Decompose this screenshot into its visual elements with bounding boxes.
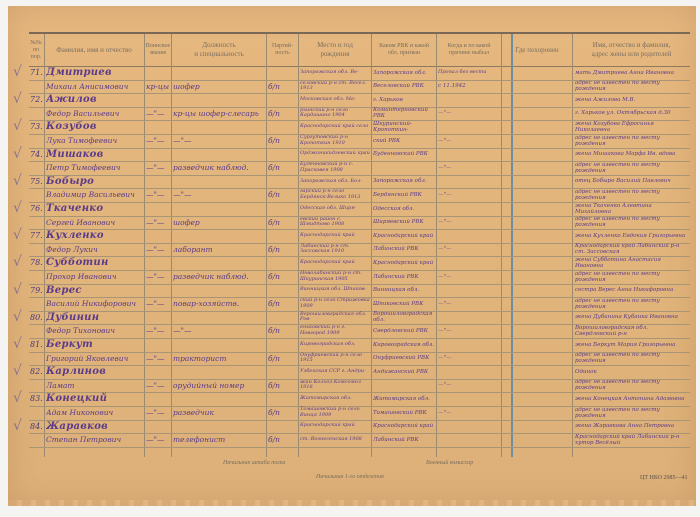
entry-rank: —"— <box>146 406 170 419</box>
entry-birthplace-line2: Буденновский р-н с. Прасковея 1908 <box>300 161 370 174</box>
checkmark-icon: √ <box>13 91 22 107</box>
entry-surname: Мишаков <box>46 148 143 161</box>
entry-when-why-line1 <box>438 365 500 378</box>
entry-surname: Карлинов <box>46 365 143 378</box>
entry-position: шофер <box>173 80 265 93</box>
checkmark-icon: √ <box>13 282 22 298</box>
paper-edge <box>8 500 696 506</box>
header-number: №№ по пор. <box>29 36 43 64</box>
entry-when-why-line2: —"— <box>438 188 500 201</box>
entry-number: 74. <box>30 148 44 161</box>
entry-rvk-line2: Томашовский РВК <box>373 406 435 419</box>
entry-surname: Ажилов <box>46 93 143 106</box>
entry-position: —"— <box>173 324 265 337</box>
header-full-name: Фамилия, имя и отчество <box>44 36 144 64</box>
entry-surname: Дмитриев <box>46 66 143 79</box>
checkmark-icon: √ <box>13 336 22 352</box>
entry-relative-line1: жена Конецкая Антонина Адамовна <box>575 392 689 405</box>
entry-when-why-line2: —"— <box>438 297 500 310</box>
checkmark-icon: √ <box>13 173 22 189</box>
entry-relative-line1: отец Бобыро Василий Павлович <box>575 175 689 188</box>
entry-rvk-line2 <box>373 161 435 174</box>
entry-when-why-line1 <box>438 284 500 297</box>
header-position: Должность и специальность <box>172 36 266 64</box>
entry-birthplace-line1: Запорожская обл. Ве- <box>300 66 370 79</box>
entry-relative-line2: адрес не известен по месту рождения <box>575 297 689 310</box>
checkmark-icon: √ <box>13 309 22 325</box>
entry-given-name: Ламат <box>46 379 143 392</box>
entry-surname: Козубов <box>46 120 143 133</box>
entry-birthplace-line1: Одесская обл. Ширя- <box>300 202 370 215</box>
entry-relative-line1: жена Ткаченко Алевтина Михайловна <box>575 202 689 215</box>
entry-relative-line2: адрес не известен по месту рождения <box>575 188 689 201</box>
entry-party: б/п <box>268 107 297 120</box>
entry-when-why-line1 <box>438 229 500 242</box>
entry-given-name: Степан Петрович <box>46 433 143 446</box>
entry-position: повар-хозяйств. <box>173 297 265 310</box>
entry-relative-line1: сестра Верес Анна Никифоровна <box>575 284 689 297</box>
entry-given-name: Михаил Анисимович <box>46 80 143 93</box>
entry-birthplace-line1: Краснодарский край <box>300 256 370 269</box>
entry-relative-line1: жена Мишакова Марфа Ив. вдова <box>575 148 689 161</box>
header-rvk: Каким РВК и какой обл. призван <box>372 36 436 64</box>
entry-rank: —"— <box>146 243 170 256</box>
entry-surname: Жаравков <box>46 420 143 433</box>
entry-number: 80. <box>30 311 44 324</box>
entry-when-why-line2: —"— <box>438 352 500 365</box>
entry-party: б/п <box>268 406 297 419</box>
entry-relative-line2: адрес не известен по месту рождения <box>575 270 689 283</box>
entry-number: 77. <box>30 229 44 242</box>
entry-when-why-line2: —"— <box>438 324 500 337</box>
entry-rvk-line1: Винницкая обл. <box>373 284 435 297</box>
entry-rvk-line1: Шкуринский-Кропоткин- <box>373 120 435 133</box>
entry-rvk-line2: Лабинский РВК <box>373 243 435 256</box>
entry-given-name: Прохор Иванович <box>46 270 143 283</box>
entry-rvk-line2: Коминтерновский РВК <box>373 107 435 120</box>
entry-position: тракторист <box>173 352 265 365</box>
entry-rvk-line1: Ворошиловградская обл. <box>373 311 435 324</box>
entry-relative-line2: Ворошиловградская обл. Свердловский р-н <box>575 324 689 337</box>
entry-given-name: Федор Васильевич <box>46 107 143 120</box>
entry-birthplace-line1: Узбекская ССР г. Андри- <box>300 365 370 378</box>
header-rank: Воинское звание <box>145 36 171 64</box>
entry-relative-line1: жена Беркут Мария Григорьевна <box>575 338 689 351</box>
entry-rvk-line1: Краснодарский край <box>373 420 435 433</box>
header-when-why: Когда и по какой причине выбыл <box>437 36 501 64</box>
entry-rvk-line2: Лабинский РВК <box>373 433 435 446</box>
entry-party: б/п <box>268 352 297 365</box>
entry-given-name: Лука Тимофеевич <box>46 134 143 147</box>
entry-party: б/п <box>268 433 297 446</box>
entry-relative-line1: жена Кухленко Евдокия Григорьевна <box>575 229 689 242</box>
checkmark-icon: √ <box>13 146 22 162</box>
document-sheet: №№ по пор. Фамилия, имя и отчество Воинс… <box>8 6 696 506</box>
entry-number: 73. <box>30 120 44 133</box>
entry-rvk-line2: Ширяевский РВК <box>373 216 435 229</box>
entry-when-why-line1 <box>438 420 500 433</box>
entry-relative-line2: г. Харьков ул. Октябрьская д.30 <box>575 107 689 120</box>
entry-rvk-line1: Запорожская обл. <box>373 66 435 79</box>
entry-position: —"— <box>173 134 265 147</box>
entry-rank: —"— <box>146 107 170 120</box>
entry-birthplace-line2: евский район с. Шмидтово 1908 <box>300 216 370 229</box>
entry-when-why-line2: —"— <box>438 134 500 147</box>
entry-surname: Субботин <box>46 256 143 269</box>
entry-when-why-line2: —"— <box>438 379 500 392</box>
entry-birthplace-line2: селовский р-н ст. Весел. 1913 <box>300 80 370 93</box>
checkmark-icon: √ <box>13 363 22 379</box>
entry-rank: —"— <box>146 134 170 147</box>
head-of-department-label: Начальник 1-го отделения <box>316 474 384 480</box>
entry-rvk-line1: Запорожская обл. <box>373 175 435 188</box>
entry-position: разведчик наблюд. <box>173 270 265 283</box>
entry-relative-line2: адрес не известен по месту рождения <box>575 379 689 392</box>
entry-birthplace-line1: Орджоникидзевский край <box>300 148 370 161</box>
checkmark-icon: √ <box>13 254 22 270</box>
entry-when-why-line1 <box>438 392 500 405</box>
form-code: ЦТ НКО 2985—41 <box>640 475 688 481</box>
entry-rank: —"— <box>146 161 170 174</box>
entry-number: 78. <box>30 256 44 269</box>
entry-party: б/п <box>268 134 297 147</box>
entry-when-why-line1 <box>438 256 500 269</box>
table-header: №№ по пор. Фамилия, имя и отчество Воинс… <box>29 34 690 67</box>
entry-birthplace-line2: Новолабинский р-н ст. Шкуринская 1905 <box>300 270 370 283</box>
entry-birthplace-line1: Краснодарский край село <box>300 120 370 133</box>
checkmark-icon: √ <box>13 390 22 406</box>
entry-given-name: Федор Лукич <box>46 243 143 256</box>
entry-relative-line2: адрес не известен по месту рождения <box>575 406 689 419</box>
entry-given-name: Григорий Яковлевич <box>46 352 143 365</box>
entry-surname: Верес <box>46 284 143 297</box>
entry-relative-line1: жена Дубинина Кубанка Ивановна <box>575 311 689 324</box>
entry-surname: Беркут <box>46 338 143 351</box>
entry-when-why-line2: —"— <box>438 270 500 283</box>
entry-birthplace-line1: Запорожская обл. Бол- <box>300 175 370 188</box>
entry-when-why-line1 <box>438 338 500 351</box>
entry-number: 79. <box>30 284 44 297</box>
entry-birthplace-line1: Краснодарский край <box>300 229 370 242</box>
entry-when-why-line2: —"— <box>438 406 500 419</box>
entry-birthplace-line2: Онуфриевский р-н село 1915 <box>300 352 370 365</box>
entry-rvk-line1: Одесская обл. <box>373 202 435 215</box>
entry-relative-line2: адрес не известен по месту рождения <box>575 216 689 229</box>
entry-position: разведчик наблюд. <box>173 161 265 174</box>
entry-when-why-line1 <box>438 175 500 188</box>
entry-number: 75. <box>30 175 44 188</box>
entry-birthplace-line2: Лабинский р-н ст. Зассовская 1910 <box>300 243 370 256</box>
entry-number: 81. <box>30 338 44 351</box>
entry-relative-line2: адрес не известен по месту рождения <box>575 352 689 365</box>
entry-rvk-line2: Лабинский РВК <box>373 270 435 283</box>
entry-birthplace-line2: еньковский р-н г. Новгород 1909 <box>300 324 370 337</box>
entry-birthplace-line2: ст. Вознесенская 1908 <box>300 433 370 446</box>
header-party: Партий- ность <box>267 36 298 64</box>
entry-rvk-line1: Буденновский РВК <box>373 148 435 161</box>
entry-party: б/п <box>268 188 297 201</box>
chief-of-staff-label: Начальник штаба полка <box>223 460 285 466</box>
entry-party: б/п <box>268 324 297 337</box>
entry-number: 82. <box>30 365 44 378</box>
entry-rank: —"— <box>146 297 170 310</box>
entry-when-why-line2: —"— <box>438 243 500 256</box>
entry-surname: Кухленко <box>46 229 143 242</box>
entry-when-why-line1: Пропал без вести <box>438 66 500 79</box>
entry-rank: —"— <box>146 324 170 337</box>
entry-number: 72. <box>30 93 44 106</box>
entry-position: разведчик <box>173 406 265 419</box>
entry-birthplace-line1: Винницкая обл. Шпиков- <box>300 284 370 297</box>
entry-when-why-line2 <box>438 433 500 446</box>
entry-surname: Ткаченко <box>46 202 143 215</box>
entry-surname: Конецкий <box>46 392 143 405</box>
header-relatives: Имя, отчество и фамилия, адрес жены или … <box>573 36 690 64</box>
entry-surname: Бобыро <box>46 175 143 188</box>
entry-surname: Дубинин <box>46 311 143 324</box>
entry-party: б/п <box>268 379 297 392</box>
checkmark-icon: √ <box>13 227 22 243</box>
entry-rank: —"— <box>146 433 170 446</box>
checkmark-icon: √ <box>13 200 22 216</box>
entry-party: б/п <box>268 297 297 310</box>
entry-rvk-line1: Краснодарский край <box>373 229 435 242</box>
entry-rvk-line1: Краснодарский край <box>373 256 435 269</box>
entry-rvk-line2: Веселовский РВК <box>373 80 435 93</box>
entry-birthplace-line1: Ворошиловградская обл. Ров- <box>300 311 370 324</box>
entry-birthplace-line2: рьинский р-н село Кардашино 1904 <box>300 107 370 120</box>
entry-when-why-line1 <box>438 202 500 215</box>
entry-given-name: Владимир Васильевич <box>46 188 143 201</box>
entry-when-why-line1 <box>438 311 500 324</box>
entry-rank: —"— <box>146 216 170 229</box>
entry-rank: —"— <box>146 379 170 392</box>
entry-position: кр-цы шофер-слесарь <box>173 107 265 120</box>
entry-given-name: Федор Тихонович <box>46 324 143 337</box>
entry-when-why-line2: —"— <box>438 216 500 229</box>
entry-party: б/п <box>268 216 297 229</box>
entry-birthplace-line2: Томашовский р-н село Винця 1909 <box>300 406 370 419</box>
entry-rvk-line2: Онуфриевский РВК <box>373 352 435 365</box>
entry-given-name: Василий Никифорович <box>46 297 143 310</box>
entry-when-why-line1 <box>438 93 500 106</box>
entry-relative-line1: жена Жаравкова Анна Петровна <box>575 420 689 433</box>
entry-birthplace-line2: гарский р-н село Бердянск-Велико 1913 <box>300 188 370 201</box>
entry-birthplace-line1: Московская обл. Ма- <box>300 93 370 106</box>
entry-party: б/п <box>268 161 297 174</box>
entry-relative-line1: Одинок <box>575 365 689 378</box>
checkmark-icon: √ <box>13 64 22 80</box>
entry-position: орудийный номер <box>173 379 265 392</box>
entry-rvk-line1: г. Харьков <box>373 93 435 106</box>
entry-party: б/п <box>268 270 297 283</box>
entry-rvk-line2: ский РВК <box>373 134 435 147</box>
checkmark-icon: √ <box>13 118 22 134</box>
entry-given-name: Адам Никонович <box>46 406 143 419</box>
entry-number: 76. <box>30 202 44 215</box>
entry-relative-line2: адрес не известен по месту рождения <box>575 161 689 174</box>
entry-when-why-line2: —"— <box>438 107 500 120</box>
header-birthplace: Место и год рождения <box>299 36 371 64</box>
roster-table: №№ по пор. Фамилия, имя и отчество Воинс… <box>29 32 690 457</box>
entry-rvk-line2: Бердянский РВК <box>373 188 435 201</box>
entry-party: б/п <box>268 243 297 256</box>
entry-position: —"— <box>173 188 265 201</box>
entry-position: шофер <box>173 216 265 229</box>
entry-birthplace-line1: Краснодарский край <box>300 420 370 433</box>
entry-number: 83. <box>30 392 44 405</box>
entry-relative-line1: жена Ажилова М.В. <box>575 93 689 106</box>
entry-position: лаборант <box>173 243 265 256</box>
entry-relative-line2: адрес не известен по месту рождения <box>575 80 689 93</box>
entry-relative-line2: Краснодарский край Лабинский р-н ст. Зас… <box>575 243 689 256</box>
entry-position: телефонист <box>173 433 265 446</box>
entry-birthplace-line2: ский р-н село Стрижовка 1909 <box>300 297 370 310</box>
entry-birthplace-line1: Житомирская обл. <box>300 392 370 405</box>
entry-when-why-line2: с 11.1942 <box>438 80 500 93</box>
entry-rvk-line1: Житомирская обл. <box>373 392 435 405</box>
entry-relative-line2: Краснодарский край Лабинский р-н хутор В… <box>575 433 689 446</box>
entry-birthplace-line2: жан Колхоз Комсомол 1916 <box>300 379 370 392</box>
entry-relative-line1: жена Субботина Анастасия Ивановна <box>575 256 689 269</box>
entry-number: 71. <box>30 66 44 79</box>
entry-when-why-line1 <box>438 120 500 133</box>
entry-when-why-line2: —"— <box>438 161 500 174</box>
entry-relative-line2: адрес не известен по месту рождения <box>575 134 689 147</box>
entry-rvk-line2: Шпиковский РВК <box>373 297 435 310</box>
entry-given-name: Сергей Иванович <box>46 216 143 229</box>
entry-rvk-line2 <box>373 379 435 392</box>
checkmark-icon: √ <box>13 418 22 434</box>
entry-rank: кр-цы <box>146 80 170 93</box>
entry-rvk-line1: Андижанский РВК <box>373 365 435 378</box>
entry-rvk-line2: Свердловский РВК <box>373 324 435 337</box>
entry-birthplace-line1: Кировоградская обл. <box>300 338 370 351</box>
entry-given-name: Петр Тимофеевич <box>46 161 143 174</box>
entry-relative-line1: жена Козубова Ефросинья Николаевна <box>575 120 689 133</box>
entry-birthplace-line2: Сургутовский р-н Кропоткин 1910 <box>300 134 370 147</box>
entry-relative-line1: мать Дмитриева Анна Ивановна <box>575 66 689 79</box>
military-commissar-label: Военный комиссар <box>426 460 473 466</box>
entry-rank: —"— <box>146 270 170 283</box>
entry-number: 84. <box>30 420 44 433</box>
entry-rank: —"— <box>146 352 170 365</box>
entry-when-why-line1 <box>438 148 500 161</box>
entry-rvk-line1: Кировоградская обл. <box>373 338 435 351</box>
entry-rank: —"— <box>146 188 170 201</box>
entry-party: б/п <box>268 80 297 93</box>
